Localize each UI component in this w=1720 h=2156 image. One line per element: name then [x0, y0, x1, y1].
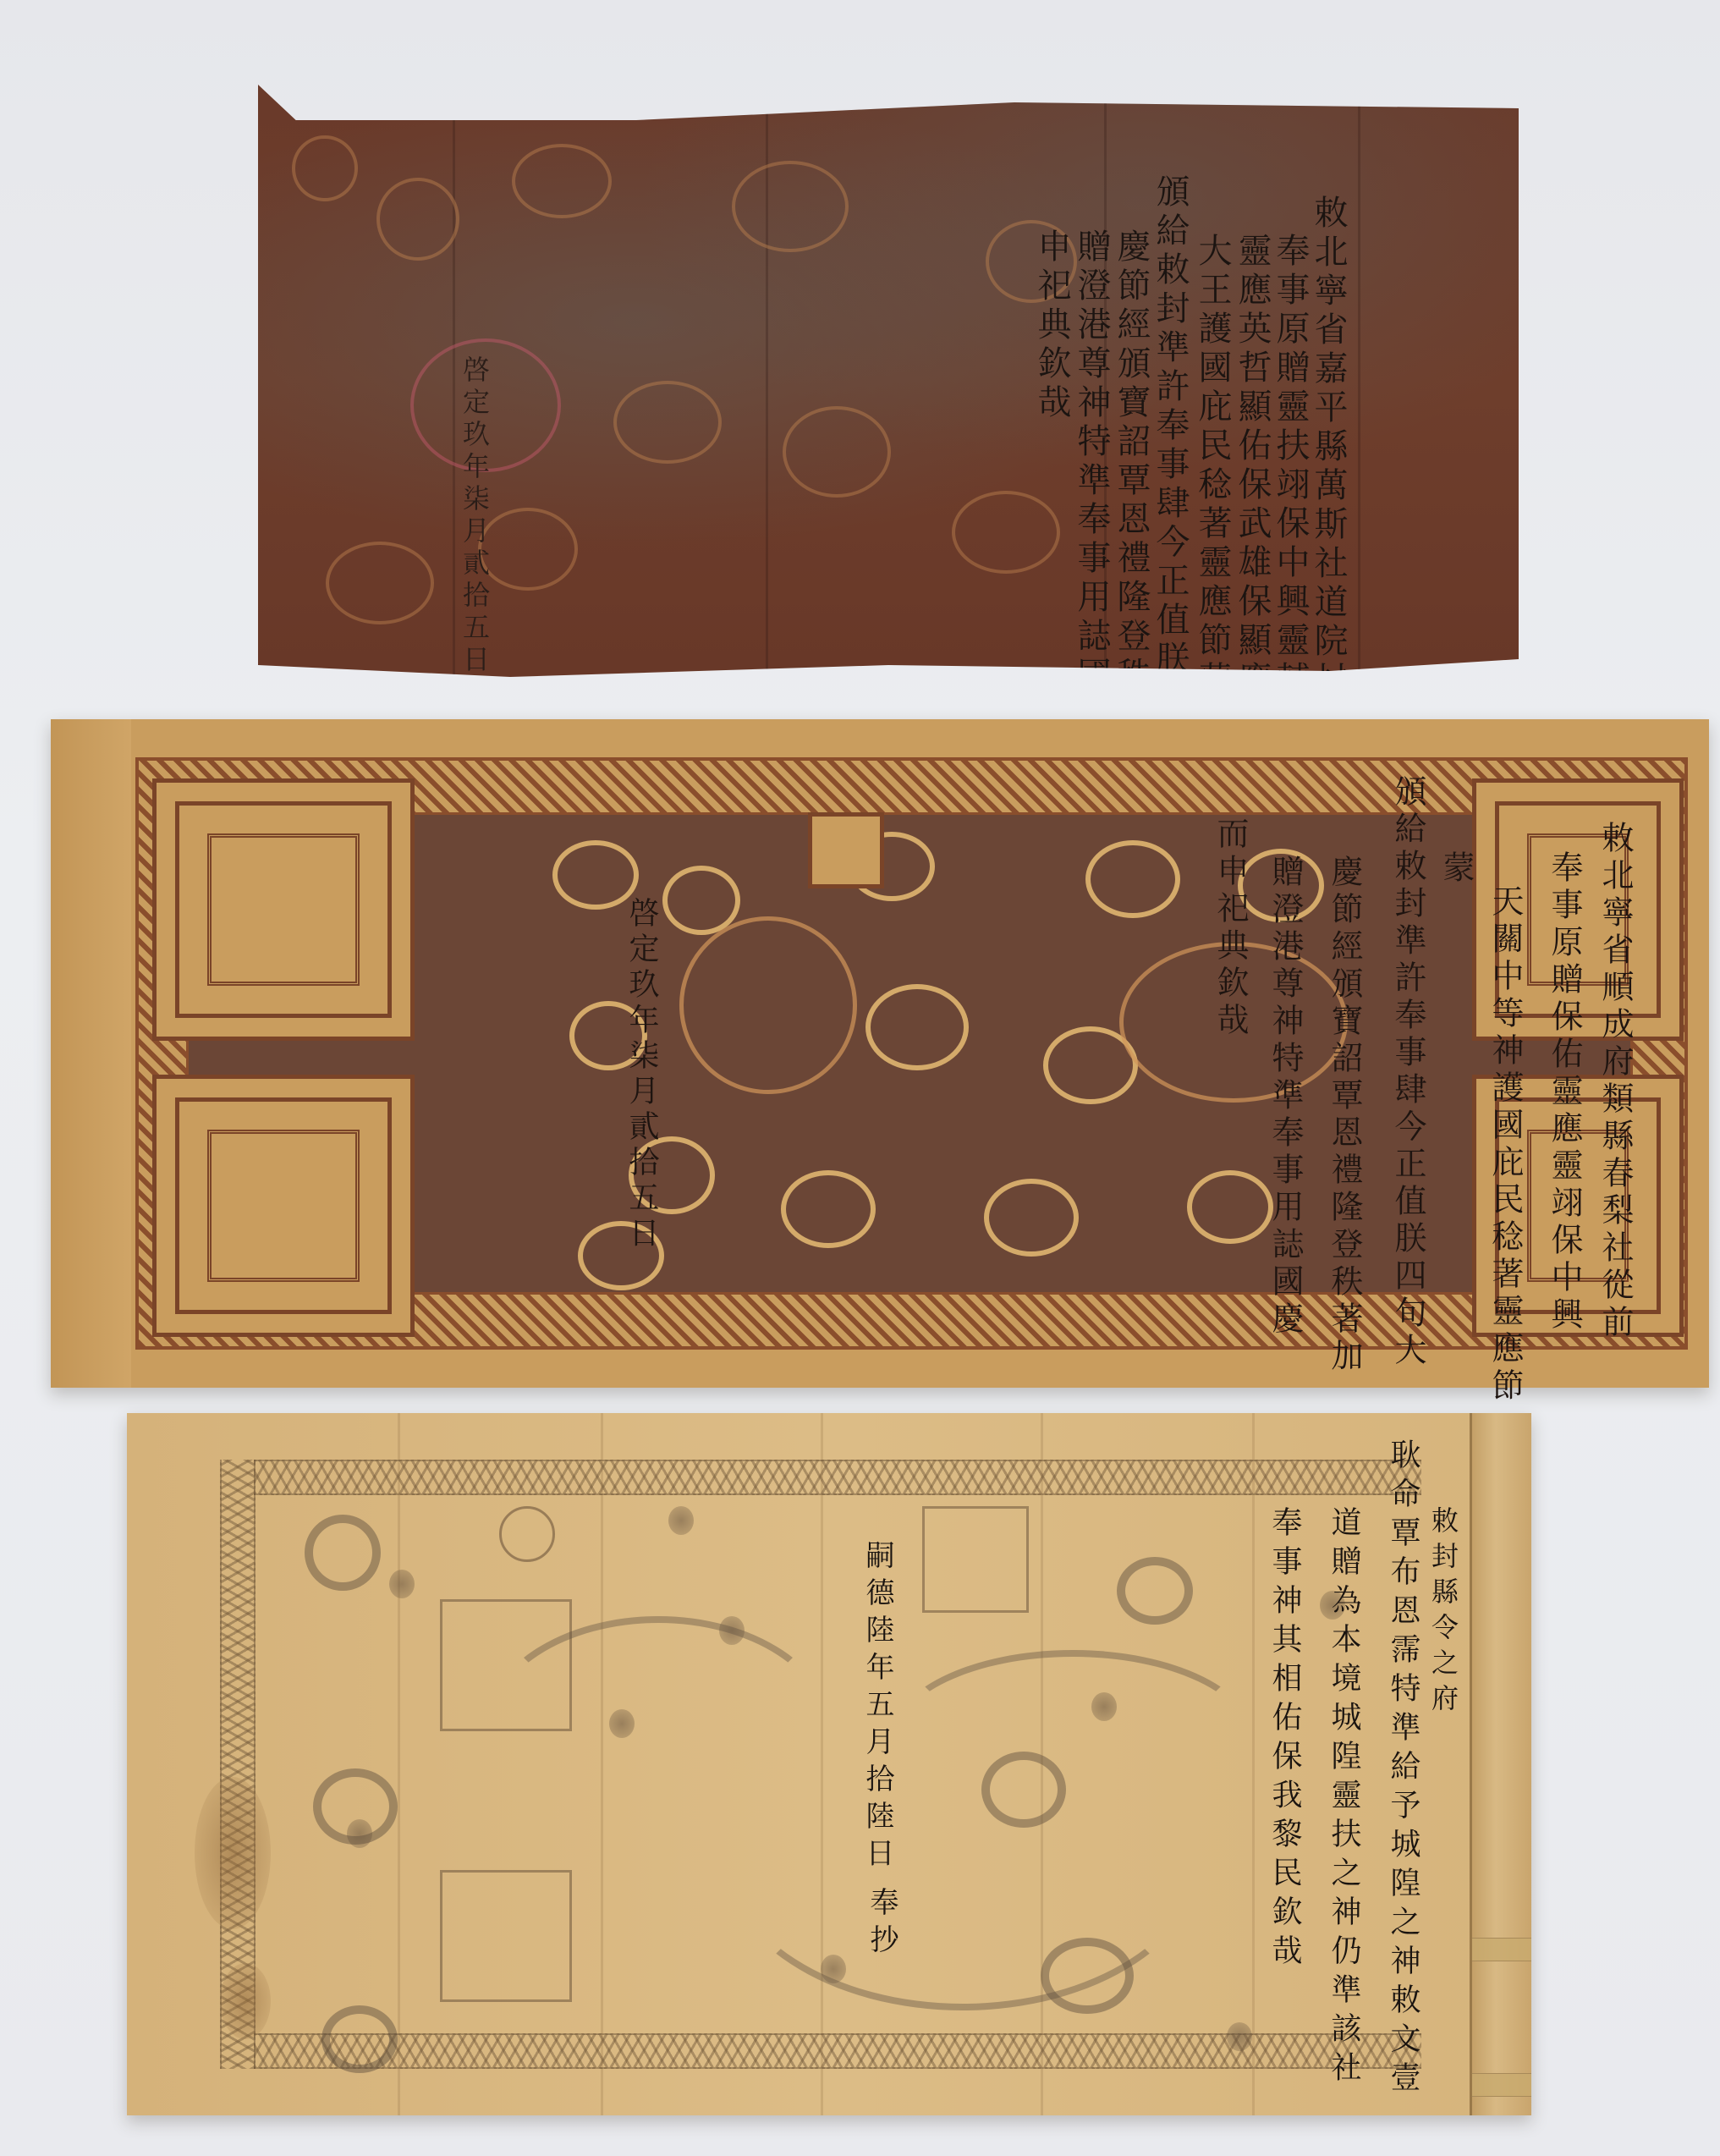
cloud-swirl-icon — [305, 1515, 381, 1591]
decree-column: 贈澄港尊神特準奉事用誌國慶 — [1269, 855, 1301, 1339]
shou-fret-panel — [152, 778, 415, 1041]
decree-column: 而申祀典欽哉 — [1214, 817, 1246, 1040]
cloud-swirl-icon — [1085, 840, 1180, 918]
decree-column: 道贈為本境城隍靈扶之神仍準該社 — [1328, 1506, 1359, 2090]
decree-column: 申祀典欽哉 — [1035, 228, 1069, 423]
decree-column: 慶節經頒寶詔覃恩禮隆登秩著加 — [1328, 855, 1360, 1376]
decree-column: 贈澄港尊神特準奉事用誌國慶而 — [1074, 228, 1108, 773]
repair-tape — [1472, 1938, 1531, 1961]
cloud-swirl-icon — [512, 144, 612, 218]
copy-note: 奉抄 — [867, 1887, 896, 1961]
decree-column-partial: 敕封縣令之府 — [1430, 1506, 1457, 1719]
shou-medallion-icon — [499, 1506, 555, 1562]
scroll-bottom-pale-tan: 敕封縣令之府 耿命覃布恩霈特準給予城隍之神敕文壹 道贈為本境城隍靈扶之神仍準該社… — [127, 1413, 1531, 2115]
decree-column: 蒙 — [1440, 850, 1472, 888]
scroll-margin — [51, 719, 131, 1388]
cloud-swirl-icon — [613, 381, 722, 464]
shou-medallion-icon — [808, 812, 884, 888]
decree-column: 慶節經頒寶詔覃恩禮隆登秩著加 — [1114, 228, 1148, 773]
shou-fret-panel — [922, 1506, 1029, 1613]
pearl-dot-icon — [668, 1506, 694, 1535]
decree-column: 大王護國庇民稔著靈應節蒙 — [1195, 233, 1229, 700]
decree-column: 敕北寧省嘉平縣萬斯社道院村從前 — [1311, 195, 1345, 778]
cloud-swirl-icon — [313, 1768, 398, 1845]
cloud-swirl-icon — [478, 508, 578, 591]
water-stain — [195, 1777, 271, 1929]
pearl-dot-icon — [1227, 2022, 1252, 2051]
dragon-head-icon — [679, 916, 857, 1094]
cloud-swirl-icon — [292, 135, 358, 201]
cloud-swirl-icon — [732, 161, 849, 252]
decree-column: 頒給敕封準許奉事肆今正值朕四旬大 — [1153, 173, 1187, 796]
decree-column: 奉事原贈靈扶翊保中興靈輔木官 — [1273, 233, 1307, 778]
cloud-swirl-icon — [984, 1179, 1079, 1257]
paper-fold — [1358, 85, 1360, 677]
scroll-middle-gold-brown: 敕北寧省順成府類縣春梨社從前 奉事原贈保佑靈應靈翊保中興 天關中等神護國庇民稔著… — [51, 719, 1709, 1388]
decree-column: 奉事神其相佑保我黎民欽哉 — [1269, 1506, 1300, 1973]
date-column: 嗣德陸年五月拾陸日 — [863, 1540, 892, 1875]
decree-column: 頒給敕封準許奉事肆今正值朕四旬大 — [1392, 774, 1424, 1370]
decree-column: 靈應英哲顯佑保武雄保顯應雄爵 — [1235, 233, 1269, 778]
cloud-swirl-icon — [321, 2005, 398, 2073]
cloud-swirl-icon — [1187, 1170, 1273, 1244]
date-column: 啓定玖年柒月貳拾五日 — [461, 355, 488, 677]
cloud-swirl-icon — [783, 406, 891, 498]
paper-fold — [398, 1413, 400, 2115]
shou-fret-panel — [440, 1870, 572, 2002]
decree-column: 天關中等神護國庇民稔著靈應節 — [1489, 884, 1521, 1405]
pearl-dot-icon — [389, 1570, 415, 1598]
paper-fold — [1252, 1413, 1255, 2115]
date-column: 啓定玖年柒月貳拾五日 — [626, 897, 657, 1252]
rolled-scroll-end — [1470, 1413, 1531, 2115]
cloud-swirl-icon — [952, 491, 1060, 574]
shou-fret-panel — [152, 1075, 415, 1337]
cloud-swirl-icon — [376, 178, 459, 261]
cloud-swirl-icon — [865, 984, 969, 1070]
scroll-top-dark-brown: 敕北寧省嘉平縣萬斯社道院村從前 奉事原贈靈扶翊保中興靈輔木官 靈應英哲顯佑保武雄… — [258, 85, 1519, 677]
key-fret-border-top — [254, 1460, 1421, 1495]
water-stain — [220, 1963, 271, 2039]
decree-column: 奉事原贈保佑靈應靈翊保中興 — [1548, 850, 1580, 1334]
decree-column: 耿命覃布恩霈特準給予城隍之神敕文壹 — [1388, 1438, 1418, 2100]
cloud-swirl-icon — [781, 1170, 876, 1248]
cloud-swirl-icon — [1117, 1557, 1193, 1625]
cloud-swirl-icon — [326, 542, 434, 624]
repair-tape — [1472, 2073, 1531, 2097]
dragon-tail-icon — [888, 1650, 1257, 1833]
decree-column: 敕北寧省順成府類縣春梨社從前 — [1599, 821, 1631, 1342]
